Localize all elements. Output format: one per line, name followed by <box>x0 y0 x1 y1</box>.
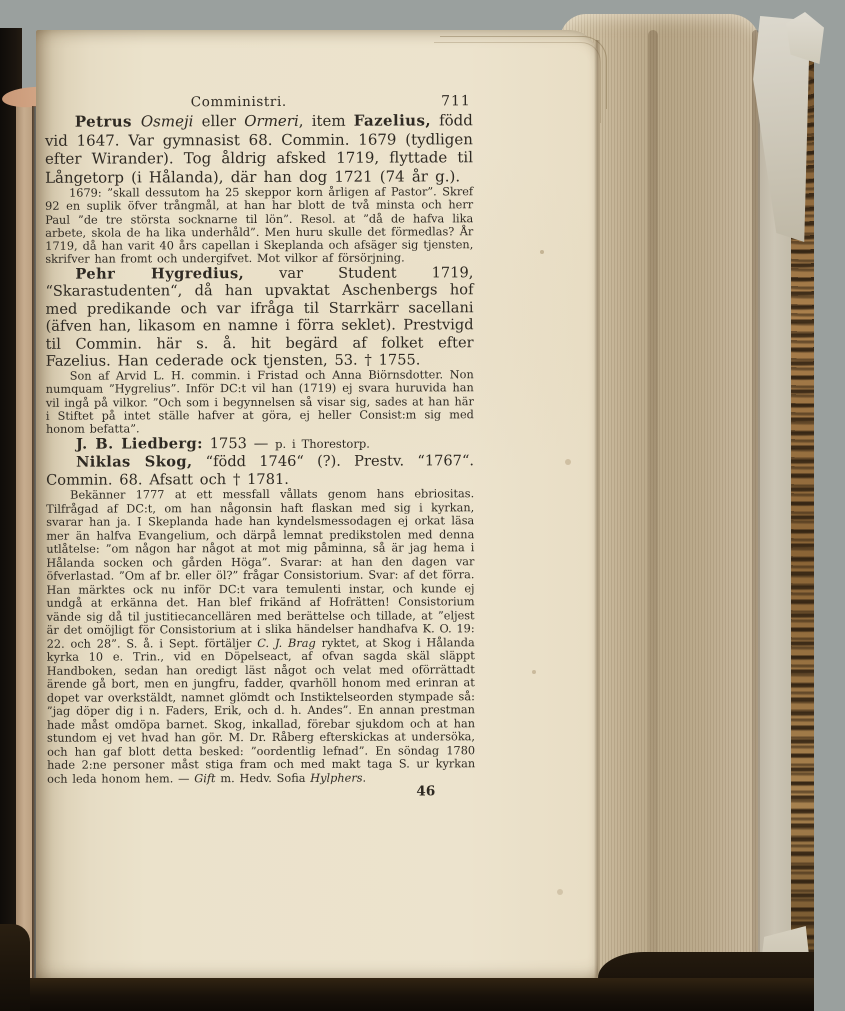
person-name: Hylphers <box>310 771 362 784</box>
running-header: Comministri. 711 <box>45 93 473 112</box>
entry-skog: Niklas Skog, “född 1746“ (?). Prestv. “1… <box>46 453 474 489</box>
entry-name: J. B. Liedberg: <box>76 435 203 452</box>
entry-text-small: p. i Thorestorp. <box>275 436 370 450</box>
entry-name: Petrus <box>75 112 141 130</box>
bottom-shadow <box>0 924 30 1011</box>
entry-petrus-footnote: 1679: ”skall dessutom ha 25 skeppor korn… <box>45 186 473 266</box>
foxing-stains <box>540 250 544 254</box>
entry-name: Niklas Skog, <box>76 453 192 470</box>
person-name: C. J. Brag <box>257 636 316 649</box>
entry-liedberg: J. B. Liedberg: 1753 — p. i Thorestorp. <box>46 434 474 454</box>
entry-petrus-fazelius: Petrus Osmeji eller Ormeri, item Fazeliu… <box>45 111 473 187</box>
signature-mark: 46 <box>47 783 475 800</box>
entry-skog-footnote: Bekänner 1777 at ett messfall vållats ge… <box>46 487 475 785</box>
entry-name: Pehr Hygredius, <box>75 265 244 283</box>
entry-name-variant: Osmeji <box>141 112 194 130</box>
page-text: Comministri. 711 Petrus Osmeji eller Orm… <box>45 93 475 801</box>
entry-name-variant: Ormeri <box>244 112 299 130</box>
entry-text: eller <box>193 112 244 130</box>
book-scan: { "header": { "section_title": "Comminis… <box>0 0 845 1011</box>
fore-edge-shadow-band <box>648 30 658 982</box>
entry-text: , item <box>299 112 354 130</box>
section-title: Comministri. <box>45 93 433 110</box>
fore-edge-shadow-band <box>752 30 760 988</box>
page-edge-crease <box>594 40 600 978</box>
entry-name: Fazelius, <box>354 111 431 129</box>
entry-text: 1753 — <box>203 435 275 452</box>
gift-label: Gift <box>194 772 215 785</box>
entry-hygredius-footnote: Son af Arvid L. H. commin. i Fristad och… <box>46 369 474 436</box>
entry-hygredius: Pehr Hygredius, var Student 1719, “Skara… <box>45 264 473 370</box>
bottom-shadow <box>0 978 814 1011</box>
note-text: ryktet, at Skog i Hålanda kyrka 10 e. Tr… <box>47 636 475 785</box>
note-text: . <box>362 771 366 784</box>
note-text: Bekänner 1777 at ett messfall vållats ge… <box>46 487 474 650</box>
note-text: m. Hedv. Sofia <box>216 771 311 784</box>
page-number: 711 <box>441 93 471 109</box>
